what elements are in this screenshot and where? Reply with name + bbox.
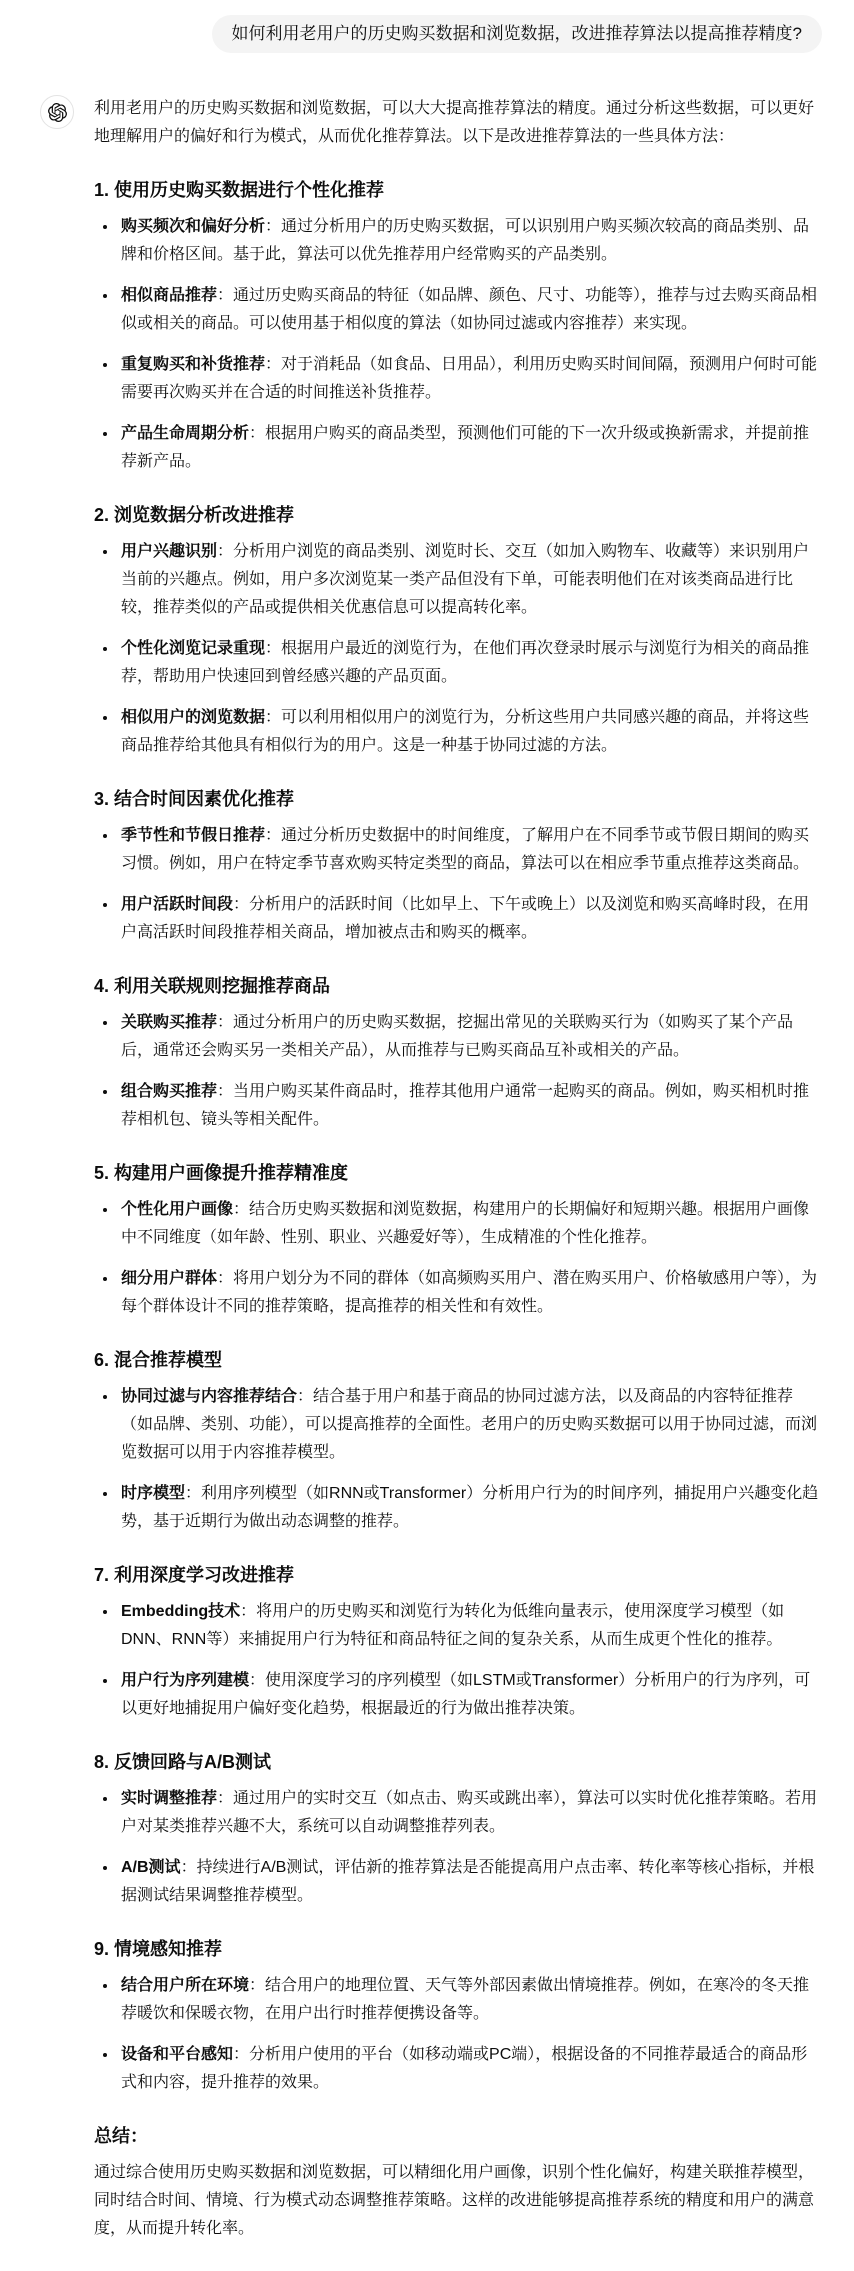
list-item: 个性化浏览记录重现：根据用户最近的浏览行为，在他们再次登录时展示与浏览行为相关的… xyxy=(94,635,822,691)
chat-conversation: 如何利用老用户的历史购买数据和浏览数据，改进推荐算法以提高推荐精度? 利用老用户… xyxy=(0,0,854,2271)
user-message-row: 如何利用老用户的历史购买数据和浏览数据，改进推荐算法以提高推荐精度? xyxy=(40,15,822,53)
section-heading-4: 4. 利用关联规则挖掘推荐商品 xyxy=(94,973,822,999)
bullet-term: 相似用户的浏览数据 xyxy=(121,709,265,726)
bullet-term: 设备和平台感知 xyxy=(121,2046,233,2063)
bullet-text: ：利用序列模型（如RNN或Transformer）分析用户行为的时间序列，捕捉用… xyxy=(121,1485,818,1530)
summary-heading: 总结： xyxy=(94,2123,822,2149)
section-heading-5: 5. 构建用户画像提升推荐精准度 xyxy=(94,1160,822,1186)
bullet-term: 实时调整推荐 xyxy=(121,1790,217,1807)
bullet-term: 产品生命周期分析 xyxy=(121,425,249,442)
bullet-term: 购买频次和偏好分析 xyxy=(121,218,265,235)
assistant-intro: 利用老用户的历史购买数据和浏览数据，可以大大提高推荐算法的精度。通过分析这些数据… xyxy=(94,95,822,151)
section-list-6: 协同过滤与内容推荐结合：结合基于用户和基于商品的协同过滤方法，以及商品的内容特征… xyxy=(94,1383,822,1536)
bullet-term: Embedding技术 xyxy=(121,1603,240,1620)
list-item: 个性化用户画像：结合历史购买数据和浏览数据，构建用户的长期偏好和短期兴趣。根据用… xyxy=(94,1196,822,1252)
bullet-text: ：持续进行A/B测试，评估新的推荐算法是否能提高用户点击率、转化率等核心指标，并… xyxy=(121,1859,814,1904)
assistant-avatar xyxy=(40,95,74,129)
section-heading-1: 1. 使用历史购买数据进行个性化推荐 xyxy=(94,177,822,203)
list-item: 用户行为序列建模：使用深度学习的序列模型（如LSTM或Transformer）分… xyxy=(94,1667,822,1723)
list-item: 产品生命周期分析：根据用户购买的商品类型，预测他们可能的下一次升级或换新需求，并… xyxy=(94,420,822,476)
assistant-summary: 通过综合使用历史购买数据和浏览数据，可以精细化用户画像，识别个性化偏好，构建关联… xyxy=(94,2159,822,2243)
openai-logo-icon xyxy=(48,103,67,122)
list-item: A/B测试：持续进行A/B测试，评估新的推荐算法是否能提高用户点击率、转化率等核… xyxy=(94,1854,822,1910)
bullet-term: 组合购买推荐 xyxy=(121,1083,217,1100)
list-item: Embedding技术：将用户的历史购买和浏览行为转化为低维向量表示，使用深度学… xyxy=(94,1598,822,1654)
section-heading-9: 9. 情境感知推荐 xyxy=(94,1936,822,1962)
section-list-4: 关联购买推荐：通过分析用户的历史购买数据，挖掘出常见的关联购买行为（如购买了某个… xyxy=(94,1009,822,1134)
list-item: 时序模型：利用序列模型（如RNN或Transformer）分析用户行为的时间序列… xyxy=(94,1480,822,1536)
list-item: 实时调整推荐：通过用户的实时交互（如点击、购买或跳出率），算法可以实时优化推荐策… xyxy=(94,1785,822,1841)
section-list-3: 季节性和节假日推荐：通过分析历史数据中的时间维度，了解用户在不同季节或节假日期间… xyxy=(94,822,822,947)
assistant-content: 利用老用户的历史购买数据和浏览数据，可以大大提高推荐算法的精度。通过分析这些数据… xyxy=(94,95,822,2243)
bullet-text: ：通过历史购买商品的特征（如品牌、颜色、尺寸、功能等），推荐与过去购买商品相似或… xyxy=(121,287,817,332)
bullet-text: ：通过用户的实时交互（如点击、购买或跳出率），算法可以实时优化推荐策略。若用户对… xyxy=(121,1790,817,1835)
list-item: 购买频次和偏好分析：通过分析用户的历史购买数据，可以识别用户购买频次较高的商品类… xyxy=(94,213,822,269)
section-list-1: 购买频次和偏好分析：通过分析用户的历史购买数据，可以识别用户购买频次较高的商品类… xyxy=(94,213,822,476)
bullet-term: 个性化用户画像 xyxy=(121,1201,233,1218)
section-list-5: 个性化用户画像：结合历史购买数据和浏览数据，构建用户的长期偏好和短期兴趣。根据用… xyxy=(94,1196,822,1321)
list-item: 用户活跃时间段：分析用户的活跃时间（比如早上、下午或晚上）以及浏览和购买高峰时段… xyxy=(94,891,822,947)
list-item: 结合用户所在环境：结合用户的地理位置、天气等外部因素做出情境推荐。例如，在寒冷的… xyxy=(94,1972,822,2028)
list-item: 关联购买推荐：通过分析用户的历史购买数据，挖掘出常见的关联购买行为（如购买了某个… xyxy=(94,1009,822,1065)
bullet-term: 细分用户群体 xyxy=(121,1270,217,1287)
bullet-text: ：当用户购买某件商品时，推荐其他用户通常一起购买的商品。例如，购买相机时推荐相机… xyxy=(121,1083,809,1128)
bullet-term: 用户行为序列建模 xyxy=(121,1672,249,1689)
section-list-9: 结合用户所在环境：结合用户的地理位置、天气等外部因素做出情境推荐。例如，在寒冷的… xyxy=(94,1972,822,2097)
section-heading-3: 3. 结合时间因素优化推荐 xyxy=(94,786,822,812)
bullet-term: A/B测试 xyxy=(121,1859,181,1876)
list-item: 季节性和节假日推荐：通过分析历史数据中的时间维度，了解用户在不同季节或节假日期间… xyxy=(94,822,822,878)
assistant-message-row: 利用老用户的历史购买数据和浏览数据，可以大大提高推荐算法的精度。通过分析这些数据… xyxy=(40,95,822,2243)
bullet-term: 协同过滤与内容推荐结合 xyxy=(121,1388,297,1405)
list-item: 相似用户的浏览数据：可以利用相似用户的浏览行为，分析这些用户共同感兴趣的商品，并… xyxy=(94,704,822,760)
user-message-bubble: 如何利用老用户的历史购买数据和浏览数据，改进推荐算法以提高推荐精度? xyxy=(212,15,822,53)
section-list-7: Embedding技术：将用户的历史购买和浏览行为转化为低维向量表示，使用深度学… xyxy=(94,1598,822,1723)
section-list-2: 用户兴趣识别：分析用户浏览的商品类别、浏览时长、交互（如加入购物车、收藏等）来识… xyxy=(94,538,822,760)
list-item: 相似商品推荐：通过历史购买商品的特征（如品牌、颜色、尺寸、功能等），推荐与过去购… xyxy=(94,282,822,338)
bullet-term: 相似商品推荐 xyxy=(121,287,217,304)
section-heading-8: 8. 反馈回路与A/B测试 xyxy=(94,1749,822,1775)
list-item: 组合购买推荐：当用户购买某件商品时，推荐其他用户通常一起购买的商品。例如，购买相… xyxy=(94,1078,822,1134)
bullet-term: 用户活跃时间段 xyxy=(121,896,233,913)
section-heading-7: 7. 利用深度学习改进推荐 xyxy=(94,1562,822,1588)
bullet-term: 用户兴趣识别 xyxy=(121,543,217,560)
bullet-term: 个性化浏览记录重现 xyxy=(121,640,265,657)
section-list-8: 实时调整推荐：通过用户的实时交互（如点击、购买或跳出率），算法可以实时优化推荐策… xyxy=(94,1785,822,1910)
bullet-text: ：分析用户浏览的商品类别、浏览时长、交互（如加入购物车、收藏等）来识别用户当前的… xyxy=(121,543,809,616)
list-item: 重复购买和补货推荐：对于消耗品（如食品、日用品），利用历史购买时间间隔，预测用户… xyxy=(94,351,822,407)
bullet-term: 季节性和节假日推荐 xyxy=(121,827,265,844)
list-item: 协同过滤与内容推荐结合：结合基于用户和基于商品的协同过滤方法，以及商品的内容特征… xyxy=(94,1383,822,1467)
bullet-text: ：通过分析用户的历史购买数据，挖掘出常见的关联购买行为（如购买了某个产品后，通常… xyxy=(121,1014,793,1059)
bullet-term: 关联购买推荐 xyxy=(121,1014,217,1031)
bullet-term: 重复购买和补货推荐 xyxy=(121,356,265,373)
section-heading-2: 2. 浏览数据分析改进推荐 xyxy=(94,502,822,528)
bullet-text: ：将用户划分为不同的群体（如高频购买用户、潜在购买用户、价格敏感用户等），为每个… xyxy=(121,1270,817,1315)
section-heading-6: 6. 混合推荐模型 xyxy=(94,1347,822,1373)
bullet-term: 结合用户所在环境 xyxy=(121,1977,249,1994)
list-item: 用户兴趣识别：分析用户浏览的商品类别、浏览时长、交互（如加入购物车、收藏等）来识… xyxy=(94,538,822,622)
bullet-term: 时序模型 xyxy=(121,1485,185,1502)
list-item: 细分用户群体：将用户划分为不同的群体（如高频购买用户、潜在购买用户、价格敏感用户… xyxy=(94,1265,822,1321)
list-item: 设备和平台感知：分析用户使用的平台（如移动端或PC端），根据设备的不同推荐最适合… xyxy=(94,2041,822,2097)
